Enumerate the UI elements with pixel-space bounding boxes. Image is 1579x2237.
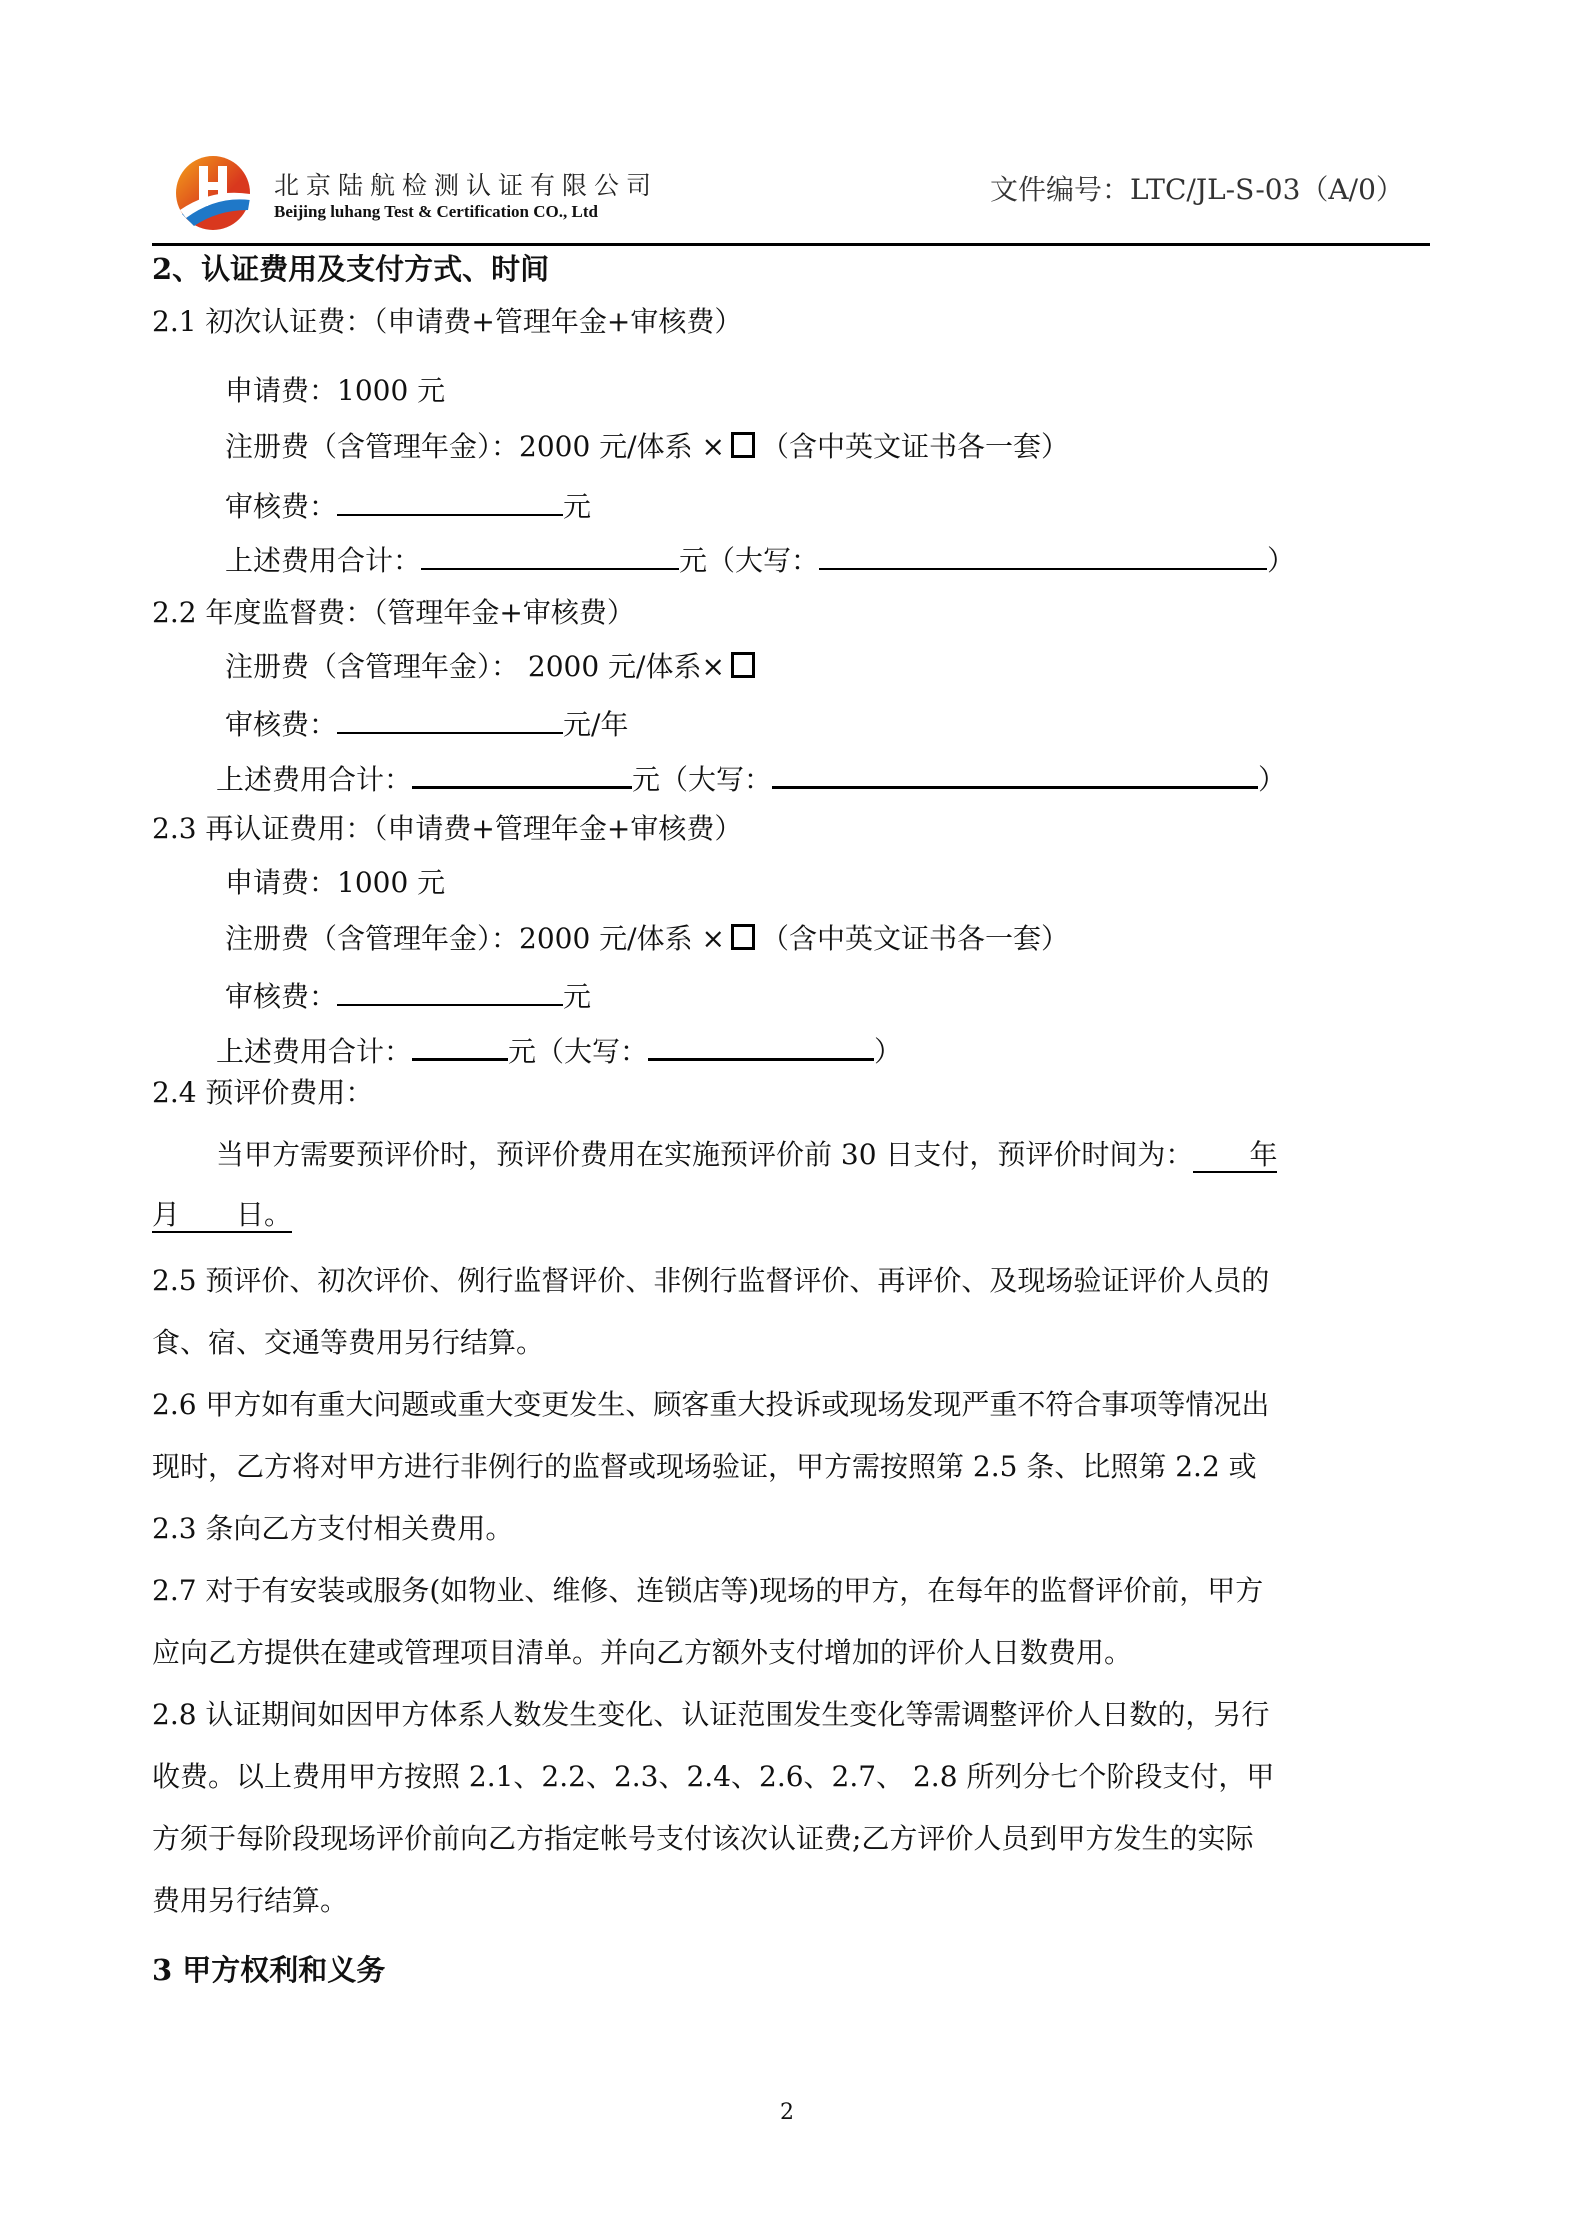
s2-3-system-count-checkbox[interactable] — [731, 924, 755, 950]
s2-3-total-close: ） — [874, 1035, 902, 1068]
page-number: 2 — [780, 2100, 794, 2125]
s2-1-audit-fee: 审核费：元 — [225, 486, 591, 524]
s2-4-line-2: 月 日。 — [152, 1198, 292, 1232]
s2-3-total-label: 上述费用合计： — [216, 1035, 412, 1068]
s2-8-line-1: 2.8 认证期间如因甲方体系人数发生变化、认证范围发生变化等需调整评价人日数的，… — [152, 1698, 1269, 1732]
s2-2-audit-fee: 审核费：元/年 — [225, 704, 628, 742]
s2-2-registration-fee: 注册费（含管理年金）： 2000 元/体系× — [225, 650, 761, 684]
s2-1-registration-fee-suffix: （含中英文证书各一套） — [761, 430, 1069, 463]
company-logo — [174, 154, 252, 232]
s2-2-total: 上述费用合计：元（大写：） — [216, 758, 1286, 797]
section-2-4-title: 2.4 预评价费用： — [152, 1076, 373, 1110]
section-2-3-title: 2.3 再认证费用：（申请费+管理年金+审核费） — [152, 812, 742, 846]
s2-3-registration-fee-suffix: （含中英文证书各一套） — [761, 922, 1069, 955]
company-name-cn: 北京陆航检测认证有限公司 — [274, 166, 658, 202]
s2-1-total-uppercase-field[interactable] — [819, 540, 1267, 570]
s2-8-line-4: 费用另行结算。 — [152, 1884, 348, 1918]
s2-2-total-label: 上述费用合计： — [216, 763, 412, 796]
s2-2-total-close: ） — [1258, 763, 1286, 796]
s2-2-registration-fee-text: 注册费（含管理年金）： 2000 元/体系× — [225, 650, 725, 683]
s2-1-system-count-checkbox[interactable] — [731, 432, 755, 458]
s2-7-line-1: 2.7 对于有安装或服务(如物业、维修、连锁店等)现场的甲方，在每年的监督评价前… — [152, 1574, 1263, 1608]
s2-3-total-uppercase-field[interactable] — [648, 1030, 874, 1061]
s2-3-total: 上述费用合计：元（大写：） — [216, 1030, 902, 1069]
s2-4-month-day-field[interactable]: 月 日。 — [152, 1198, 292, 1233]
s2-3-total-unit: 元（大写： — [508, 1035, 648, 1068]
s2-4-year-field[interactable]: 年 — [1193, 1138, 1277, 1173]
s2-3-audit-fee-label: 审核费： — [225, 980, 337, 1013]
s2-1-total-label: 上述费用合计： — [225, 544, 421, 577]
section-3-title: 3 甲方权利和义务 — [152, 1948, 385, 1989]
header-divider — [152, 243, 1430, 246]
section-2-title: 2、认证费用及支付方式、时间 — [152, 247, 549, 288]
s2-2-total-unit: 元（大写： — [632, 763, 772, 796]
s2-3-total-field[interactable] — [412, 1030, 508, 1061]
s2-3-audit-fee-field[interactable] — [337, 976, 563, 1006]
s2-1-total-field[interactable] — [421, 540, 679, 570]
logo-h-icon — [174, 154, 252, 232]
s2-8-line-3: 方须于每阶段现场评价前向乙方指定帐号支付该次认证费;乙方评价人员到甲方发生的实际 — [152, 1822, 1253, 1856]
s2-1-audit-fee-unit: 元 — [563, 490, 591, 523]
s2-2-total-uppercase-field[interactable] — [772, 758, 1258, 789]
s2-6-line-2: 现时，乙方将对甲方进行非例行的监督或现场验证，甲方需按照第 2.5 条、比照第 … — [152, 1450, 1257, 1484]
s2-3-application-fee: 申请费：1000 元 — [225, 866, 445, 900]
s2-1-registration-fee: 注册费（含管理年金）：2000 元/体系 ×（含中英文证书各一套） — [225, 430, 1069, 464]
s2-6-line-3: 2.3 条向乙方支付相关费用。 — [152, 1512, 513, 1546]
s2-3-registration-fee-text: 注册费（含管理年金）：2000 元/体系 × — [225, 922, 725, 955]
section-2-1-title: 2.1 初次认证费：（申请费+管理年金+审核费） — [152, 305, 742, 339]
s2-4-line-1: 当甲方需要预评价时，预评价费用在实施预评价前 30 日支付，预评价时间为： 年 — [216, 1138, 1277, 1172]
s2-4-year-label: 年 — [1249, 1138, 1277, 1171]
s2-6-line-1: 2.6 甲方如有重大问题或重大变更发生、顾客重大投诉或现场发现严重不符合事项等情… — [152, 1388, 1269, 1422]
s2-1-total: 上述费用合计：元（大写：） — [225, 540, 1295, 578]
s2-3-audit-fee: 审核费：元 — [225, 976, 591, 1014]
s2-3-audit-fee-unit: 元 — [563, 980, 591, 1013]
s2-2-total-field[interactable] — [412, 758, 632, 789]
s2-4-day-label: 日。 — [236, 1198, 292, 1231]
company-name-en: Beijing luhang Test & Certification CO.,… — [274, 202, 598, 222]
s2-1-registration-fee-text: 注册费（含管理年金）：2000 元/体系 × — [225, 430, 725, 463]
s2-2-audit-fee-field[interactable] — [337, 704, 563, 734]
s2-2-audit-fee-unit: 元/年 — [563, 708, 628, 741]
s2-7-line-2: 应向乙方提供在建或管理项目清单。并向乙方额外支付增加的评价人日数费用。 — [152, 1636, 1132, 1670]
s2-1-audit-fee-label: 审核费： — [225, 490, 337, 523]
s2-4-text: 当甲方需要预评价时，预评价费用在实施预评价前 30 日支付，预评价时间为： — [216, 1138, 1193, 1171]
s2-1-audit-fee-field[interactable] — [337, 486, 563, 516]
section-2-2-title: 2.2 年度监督费：（管理年金+审核费） — [152, 596, 635, 630]
s2-1-total-unit: 元（大写： — [679, 544, 819, 577]
s2-2-system-count-checkbox[interactable] — [731, 652, 755, 678]
s2-5-line-2: 食、宿、交通等费用另行结算。 — [152, 1326, 544, 1360]
s2-4-month-label: 月 — [152, 1198, 180, 1231]
s2-5-line-1: 2.5 预评价、初次评价、例行监督评价、非例行监督评价、再评价、及现场验证评价人… — [152, 1264, 1269, 1298]
s2-1-total-close: ） — [1267, 544, 1295, 577]
s2-2-audit-fee-label: 审核费： — [225, 708, 337, 741]
s2-3-registration-fee: 注册费（含管理年金）：2000 元/体系 ×（含中英文证书各一套） — [225, 922, 1069, 956]
s2-1-application-fee: 申请费：1000 元 — [225, 374, 445, 408]
s2-8-line-2: 收费。以上费用甲方按照 2.1、2.2、2.3、2.4、2.6、2.7、 2.8… — [152, 1760, 1274, 1794]
document-number: 文件编号：LTC/JL-S-03（A/0） — [990, 168, 1404, 208]
